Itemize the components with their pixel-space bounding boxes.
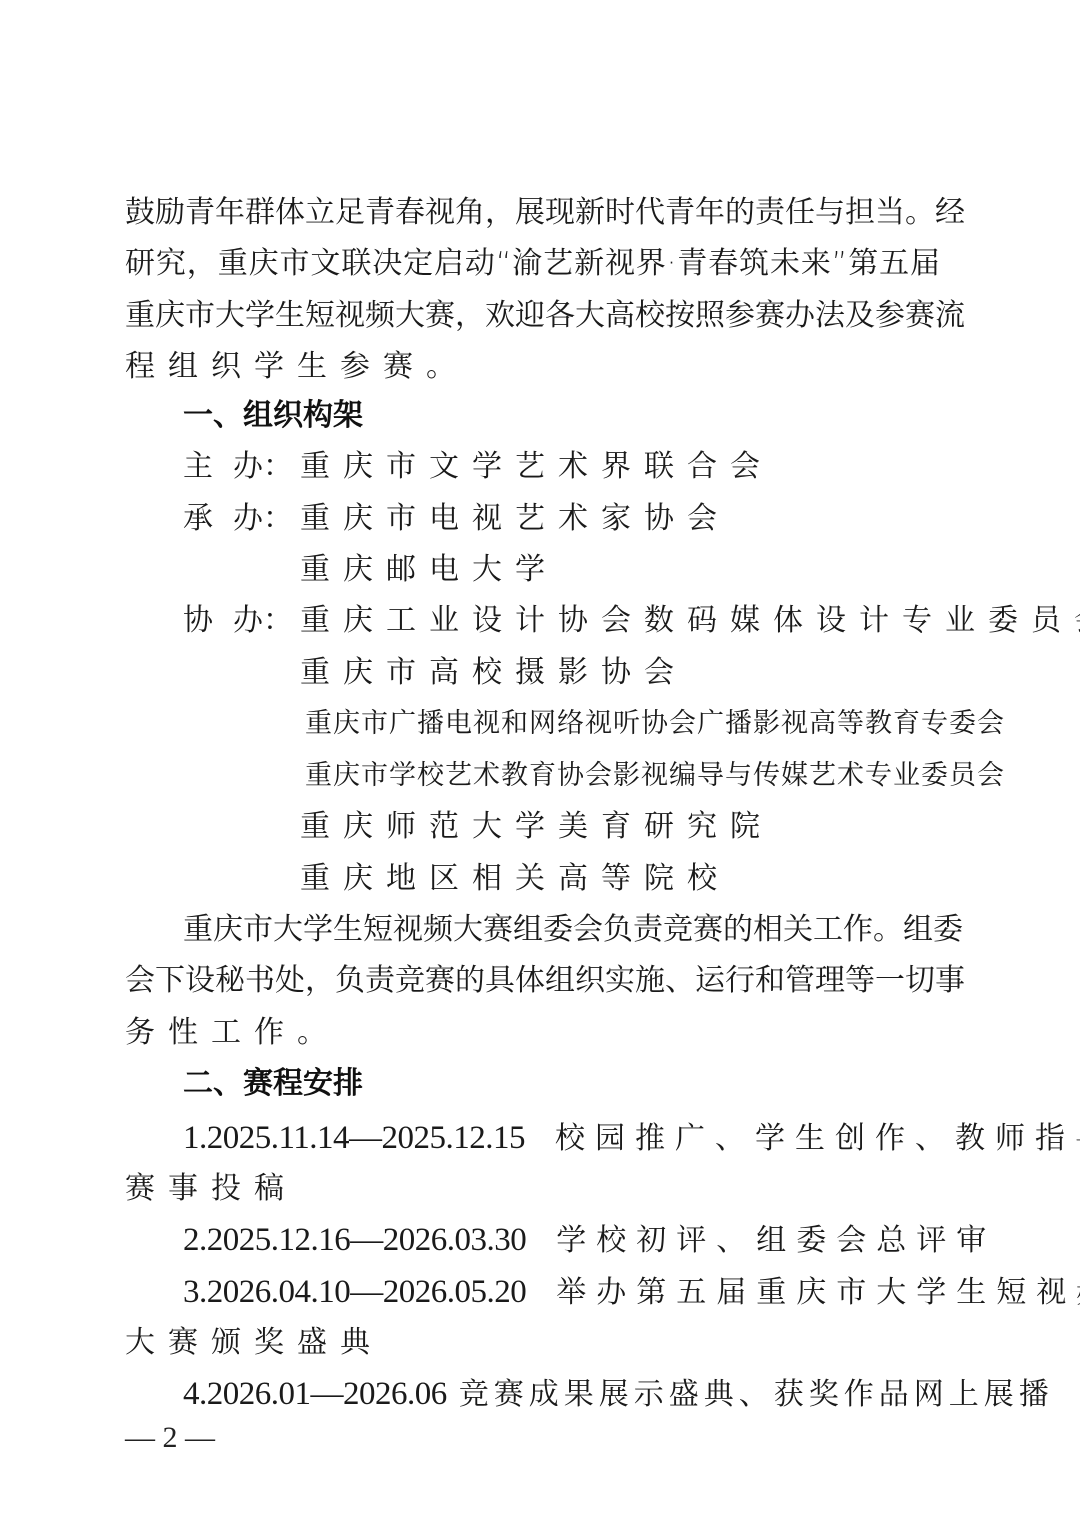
host-label-suffix: 办： xyxy=(233,447,293,487)
schedule-item-3: 3.2026.04.10—2026.05.20举办第五届重庆市大学生短视频 xyxy=(183,1272,1080,1312)
organizer-label-char: 承 xyxy=(183,499,213,539)
co-organizer-label-char: 协 xyxy=(183,601,213,641)
schedule-item-2: 2.2025.12.16—2026.03.30学校初评、组委会总评审 xyxy=(183,1220,996,1260)
intro-line-1: 鼓励青年群体立足青春视角，展现新时代青年的责任与担当。经 xyxy=(125,193,940,233)
schedule-item-2-dates: 2.2025.12.16—2026.03.30 xyxy=(183,1222,526,1258)
schedule-item-3-desc-cont: 大赛颁奖盛典 xyxy=(125,1323,383,1363)
schedule-item-4-desc: 竞赛成果展示盛典、获奖作品网上展播 xyxy=(459,1377,1054,1412)
schedule-item-1-desc-cont: 赛事投稿 xyxy=(125,1169,297,1209)
organizer-label-suffix: 办： xyxy=(233,499,293,539)
committee-line-2: 会下设秘书处，负责竞赛的具体组织实施、运行和管理等一切事 xyxy=(125,961,940,1001)
organizer-org-2: 重庆邮电大学 xyxy=(300,550,558,590)
co-organizer-label-suffix: 办： xyxy=(233,601,293,641)
host-org: 重庆市文学艺术界联合会 xyxy=(300,447,773,487)
co-organizer-org-3: 重庆市广播电视和网络视听协会广播影视高等教育专委会 xyxy=(305,704,1005,744)
committee-line-1: 重庆市大学生短视频大赛组委会负责竞赛的相关工作。组委 xyxy=(183,910,940,950)
schedule-item-4: 4.2026.01—2026.06竞赛成果展示盛典、获奖作品网上展播 xyxy=(183,1374,1054,1414)
organizer-label: 承 办： xyxy=(183,499,293,539)
co-organizer-org-2: 重庆市高校摄影协会 xyxy=(300,653,687,693)
host-label-char: 主 xyxy=(183,447,213,487)
host-label: 主 办： xyxy=(183,447,293,487)
schedule-item-1: 1.2025.11.14—2025.12.15校园推广、学生创作、教师指导、 xyxy=(183,1118,1080,1158)
co-organizer-org-4: 重庆市学校艺术教育协会影视编导与传媒艺术专业委员会 xyxy=(305,756,1005,796)
schedule-item-2-desc: 学校初评、组委会总评审 xyxy=(556,1223,996,1258)
schedule-item-1-desc: 校园推广、学生创作、教师指导、 xyxy=(555,1121,1080,1156)
intro-line-4: 程组织学生参赛。 xyxy=(125,347,469,387)
co-organizer-org-1: 重庆工业设计协会数码媒体设计专业委员会 xyxy=(300,601,1080,641)
schedule-item-3-desc: 举办第五届重庆市大学生短视频 xyxy=(556,1275,1080,1310)
document-page: 鼓励青年群体立足青春视角，展现新时代青年的责任与担当。经 研究，重庆市文联决定启… xyxy=(0,0,1080,1527)
co-organizer-label: 协 办： xyxy=(183,601,293,641)
schedule-item-4-dates: 4.2026.01—2026.06 xyxy=(183,1376,447,1412)
section-heading-schedule: 二、赛程安排 xyxy=(183,1064,363,1104)
intro-line-3: 重庆市大学生短视频大赛，欢迎各大高校按照参赛办法及参赛流 xyxy=(125,296,940,336)
schedule-item-1-dates: 1.2025.11.14—2025.12.15 xyxy=(183,1120,525,1156)
organizer-org-1: 重庆市电视艺术家协会 xyxy=(300,499,730,539)
intro-line-2: 研究，重庆市文联决定启动“渝艺新视界·青春筑未来”第五届 xyxy=(125,244,940,284)
schedule-item-3-dates: 3.2026.04.10—2026.05.20 xyxy=(183,1274,526,1310)
co-organizer-org-5: 重庆师范大学美育研究院 xyxy=(300,807,773,847)
co-organizer-org-6: 重庆地区相关高等院校 xyxy=(300,859,730,899)
committee-line-3: 务性工作。 xyxy=(125,1013,340,1053)
page-number: — 2 — xyxy=(125,1420,215,1456)
section-heading-organization: 一、组织构架 xyxy=(183,396,363,436)
